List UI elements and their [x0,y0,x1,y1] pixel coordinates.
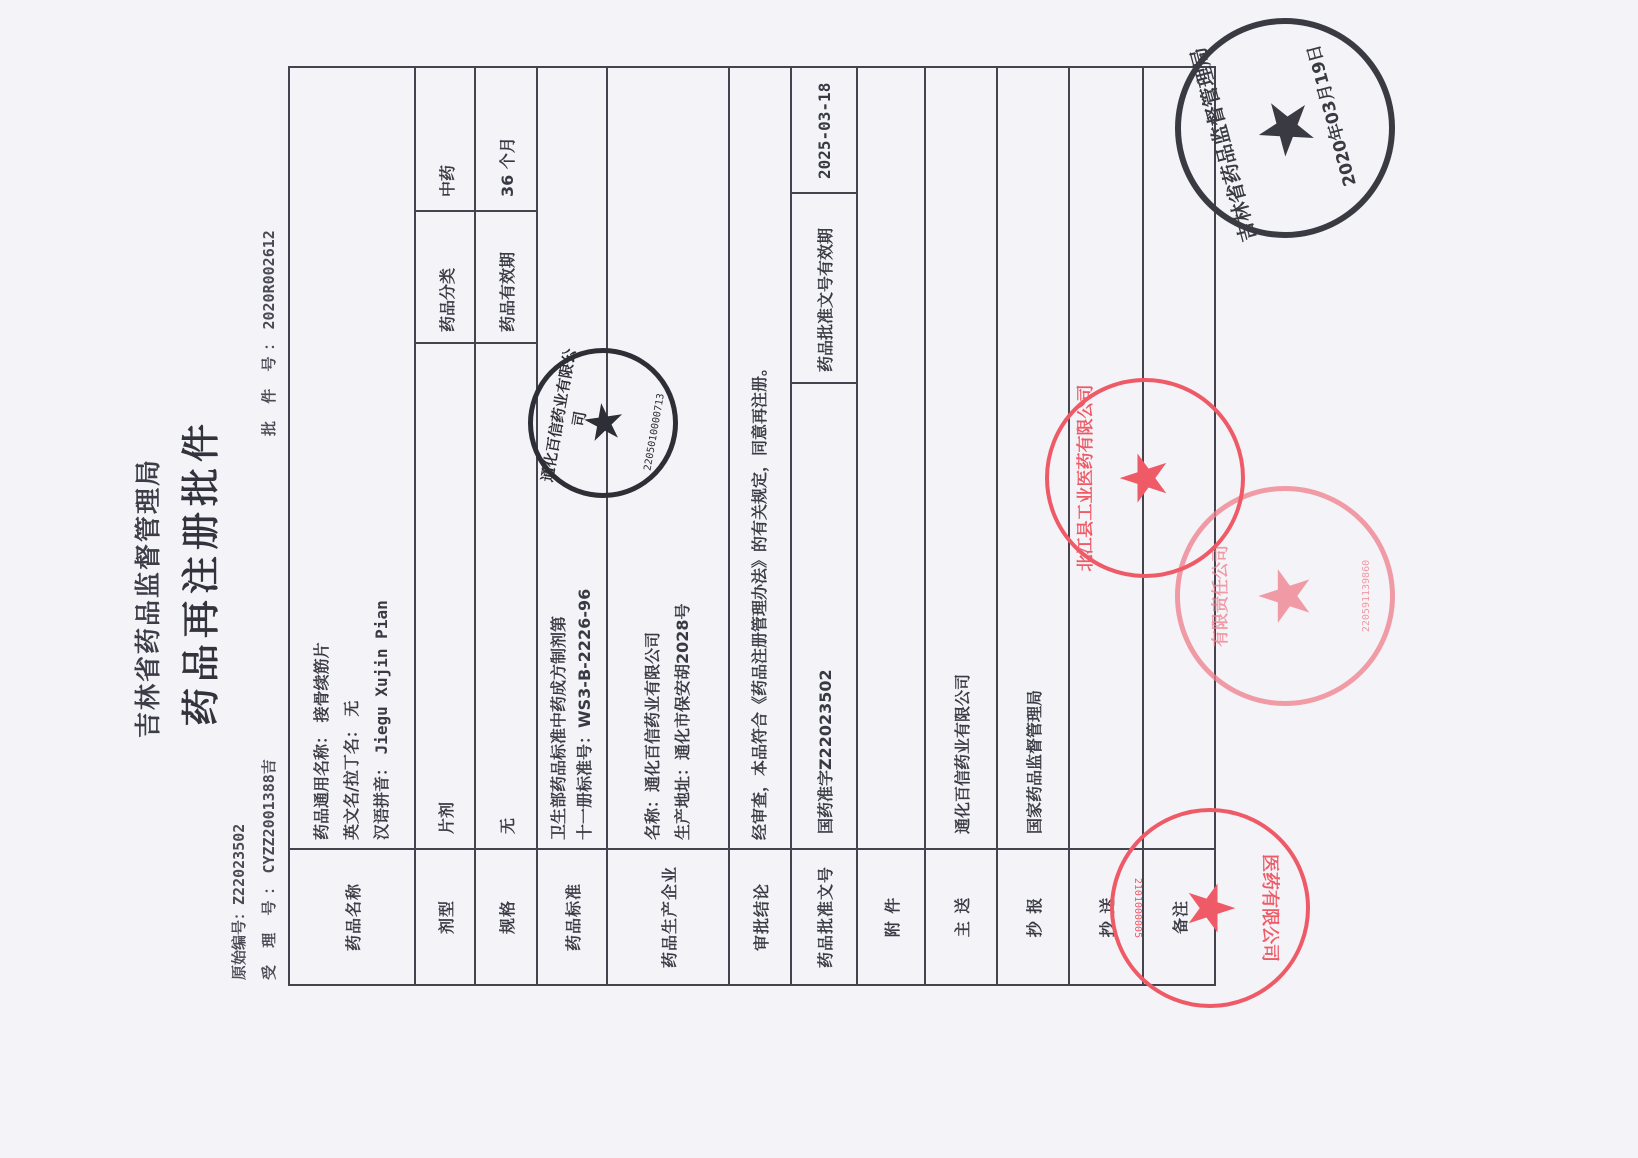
acceptance-number: 受 理 号：CYZZ2001388吉 [258,759,279,980]
report-to-label: 抄 报 [998,848,1068,984]
approval-doc-label: 药品批准文号 [792,848,856,984]
document-title: 药品再注册批件 [170,418,225,726]
attachment-label: 附 件 [858,848,924,984]
red-seal-3-text: 医药有限公司 [1258,812,1284,1004]
manufacturer-label: 药品生产企业 [608,848,728,984]
approval-doc-value: 国药准字Z22023502 [792,669,856,834]
approval-validity-label: 药品批准文号有效期 [792,228,856,372]
shelf-life-value: 36 个月 [476,137,536,197]
approval-validity-value: 2025-03-18 [792,83,856,179]
manufacturer-address: 通化市保安胡2028号 [673,603,692,760]
pinyin: Jiegu Xujin Pian [372,600,391,754]
report-to-value: 国家药品监督管理局 [998,690,1068,834]
specification-label: 规格 [476,848,536,984]
category-label: 药品分类 [416,268,476,332]
red-seal-stamp-3: 医药有限公司 ★ 2101000005 [1110,808,1310,1008]
drug-standard-label: 药品标准 [538,848,606,984]
conclusion-text: 经审查，本品符合《药品注册管理办法》的有关规定，同意再注册。 [745,76,775,840]
original-number-label: 原始编号： [230,905,248,980]
red-seal-1-text: 北江县工业医药有限公司 [1071,382,1096,574]
row-manufacturer: 药品生产企业 名称：通化百信药业有限公司 生产地址：通化市保安胡2028号 [608,68,730,984]
generic-name-label: 药品通用名称： [312,728,331,840]
category-value: 中药 [416,165,476,197]
generic-name: 接骨续筋片 [312,642,331,722]
document-page: 吉林省药品监督管理局 药品再注册批件 原始编号：Z22023502 受 理 号：… [0,0,1638,1158]
manufacturer-name: 通化百信药业有限公司 [643,632,662,792]
star-icon: ★ [1173,879,1247,936]
acceptance-number-label: 受 理 号： [260,874,278,980]
acceptance-number-value: CYZZ2001388吉 [260,759,278,873]
drug-name-label: 药品名称 [290,848,414,984]
red-seal-3-serial: 2101000005 [1132,812,1143,1004]
row-attachment: 附 件 [858,68,926,984]
row-main-recipient: 主 送 通化百信药业有限公司 [926,68,998,984]
english-name-label: 英文名/拉丁名： [342,722,361,840]
star-icon: ★ [1108,449,1182,506]
conclusion-label: 审批结论 [730,848,790,984]
red-seal-2-serial: 220591139860 [1361,491,1372,701]
approval-number-label: 批 件 号： [260,330,278,436]
row-drug-standard: 药品标准 卫生部药品标准中药成方制剂第 十一册标准号：WS3-B-2226-96 [538,68,608,984]
star-icon: ★ [1244,565,1326,628]
row-drug-name: 药品名称 药品通用名称： 接骨续筋片 英文名/拉丁名： 无 汉语拼音： Jieg… [290,68,416,984]
original-number: 原始编号：Z22023502 [228,824,249,980]
main-recipient-value: 通化百信药业有限公司 [926,674,996,834]
shelf-life-label: 药品有效期 [476,252,536,332]
drug-name-value: 药品通用名称： 接骨续筋片 英文名/拉丁名： 无 汉语拼音： Jiegu Xuj… [290,76,414,840]
row-conclusion: 审批结论 经审查，本品符合《药品注册管理办法》的有关规定，同意再注册。 [730,68,792,984]
original-number-value: Z22023502 [230,824,248,905]
red-seal-stamp-1: 北江县工业医药有限公司 ★ [1045,378,1245,578]
specification-value: 无 [476,818,536,834]
conclusion-value: 经审查，本品符合《药品注册管理办法》的有关规定，同意再注册。 [730,76,790,840]
english-name: 无 [342,701,361,717]
row-approval-doc: 药品批准文号 国药准字Z22023502 药品批准文号有效期 2025-03-1… [792,68,858,984]
dosage-form-label: 剂型 [416,848,474,984]
main-recipient-label: 主 送 [926,848,996,984]
manufacturer-address-label: 生产地址： [673,760,692,840]
pinyin-label: 汉语拼音： [372,760,391,840]
approval-number-value: 2020R002612 [260,230,278,329]
issuing-department: 吉林省药品监督管理局 [128,458,165,738]
dosage-form-value: 片剂 [416,802,474,834]
category-shelf-life-block: 药品分类 中药 药品有效期 36 个月 [416,66,538,344]
manufacturer-name-label: 名称： [643,792,662,840]
approval-number: 批 件 号：2020R002612 [258,230,279,436]
